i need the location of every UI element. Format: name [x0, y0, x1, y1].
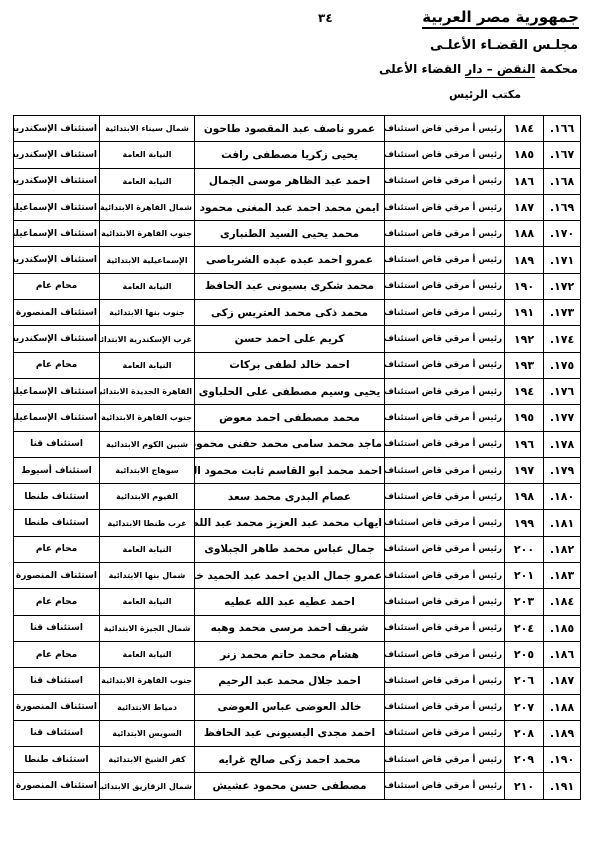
- judge-name-cell: هشام محمد حاتم محمد زنر: [195, 641, 385, 667]
- serial-number-cell: ١٧٠.: [544, 221, 581, 247]
- table-row: ١٦٨. ١٨٦ رئيس أ مرقي قاض استئناف احمد عب…: [14, 168, 581, 194]
- current-court-cell: سوهاج الابتدائية: [100, 457, 195, 483]
- current-court-cell: الفيوم الابتدائية: [100, 484, 195, 510]
- table-row: ١٧٥. ١٩٣ رئيس أ مرقي قاض استئناف احمد خا…: [14, 352, 581, 378]
- serial-number-cell: ١٩١.: [544, 773, 581, 800]
- table-row: ١٨٢. ٢٠٠ رئيس أ مرقي قاض استئناف جمال عب…: [14, 536, 581, 562]
- current-court-cell: النيابة العامة: [100, 536, 195, 562]
- judicial-title-cell: رئيس أ مرقي قاض استئناف: [385, 536, 505, 562]
- table-row: ١٧٤. ١٩٢ رئيس أ مرقي قاض استئناف كريم عل…: [14, 326, 581, 352]
- president-office-title: مكتب الرئيس: [430, 88, 540, 101]
- judicial-title-cell: رئيس أ مرقي قاض استئناف: [385, 300, 505, 326]
- seniority-number-cell: ٢٠٦: [505, 668, 544, 694]
- seniority-number-cell: ٢٠٥: [505, 641, 544, 667]
- judicial-title-cell: رئيس أ مرقي قاض استئناف: [385, 457, 505, 483]
- serial-number-cell: ١٨٨.: [544, 694, 581, 720]
- current-court-cell: شمال سيناء الابتدائية: [100, 116, 195, 142]
- judge-name-cell: ايهاب محمد عبد العزيز محمد عبد اللطيف: [195, 510, 385, 536]
- table-row: ١٧٠. ١٨٨ رئيس أ مرقي قاض استئناف محمد يح…: [14, 221, 581, 247]
- judicial-title-cell: رئيس أ مرقي قاض استئناف: [385, 194, 505, 220]
- appeal-court-cell: استئناف الإسكندرية منتدب: [14, 116, 100, 142]
- current-court-cell: غرب طنطا الابتدائية: [100, 510, 195, 536]
- seniority-number-cell: ٢٠٩: [505, 747, 544, 773]
- serial-number-cell: ١٩٠.: [544, 747, 581, 773]
- appeal-court-cell: محام عام: [14, 352, 100, 378]
- current-court-cell: النيابة العامة: [100, 273, 195, 299]
- judge-name-cell: عمرو احمد عبده عبده الشرباصى: [195, 247, 385, 273]
- judge-name-cell: عمرو جمال الدين احمد عبد الحميد خضر: [195, 563, 385, 589]
- serial-number-cell: ١٦٨.: [544, 168, 581, 194]
- current-court-cell: شمال الزقازيق الابتدائية: [100, 773, 195, 800]
- judge-name-cell: احمد جلال محمد عبد الرحيم: [195, 668, 385, 694]
- table-row: ١٦٦. ١٨٤ رئيس أ مرقي قاض استئناف عمرو نا…: [14, 116, 581, 142]
- judicial-title-cell: رئيس أ مرقي قاض استئناف: [385, 378, 505, 404]
- judicial-title-cell: رئيس أ مرقي قاض استئناف: [385, 720, 505, 746]
- seniority-number-cell: ٢٠٣: [505, 589, 544, 615]
- current-court-cell: النيابة العامة: [100, 641, 195, 667]
- appeal-court-cell: محام عام: [14, 273, 100, 299]
- seniority-number-cell: ١٨٦: [505, 168, 544, 194]
- judge-name-cell: خالد العوضى عباس العوضى: [195, 694, 385, 720]
- judge-name-cell: جمال عباس محمد طاهر الجبلاوى: [195, 536, 385, 562]
- judge-name-cell: احمد عطيه عبد الله عطيه: [195, 589, 385, 615]
- judges-table: ١٦٦. ١٨٤ رئيس أ مرقي قاض استئناف عمرو نا…: [13, 115, 581, 800]
- current-court-cell: جنوب القاهرة الابتدائية: [100, 221, 195, 247]
- appeal-court-cell: استئناف الإسكندرية: [14, 168, 100, 194]
- appeal-court-cell: استئناف الإسماعيلية: [14, 378, 100, 404]
- document-page: جمهورية مصر العربية ٣٤ مجلـس القضـاء الأ…: [0, 0, 595, 842]
- court-title-underlined: النقض – دار: [465, 62, 535, 78]
- serial-number-cell: ١٨٦.: [544, 641, 581, 667]
- judge-name-cell: احمد مجدى البسيونى عبد الحافظ: [195, 720, 385, 746]
- seniority-number-cell: ٢٠٤: [505, 615, 544, 641]
- table-row: ١٧٢. ١٩٠ رئيس أ مرقي قاض استئناف محمد شك…: [14, 273, 581, 299]
- judicial-title-cell: رئيس أ مرقي قاض استئناف: [385, 694, 505, 720]
- judicial-title-cell: رئيس أ مرقي قاض استئناف: [385, 773, 505, 800]
- table-row: ١٦٧. ١٨٥ رئيس أ مرقي قاض استئناف يحيى زك…: [14, 142, 581, 168]
- seniority-number-cell: ٢٠١: [505, 563, 544, 589]
- seniority-number-cell: ١٨٨: [505, 221, 544, 247]
- judicial-title-cell: رئيس أ مرقي قاض استئناف: [385, 116, 505, 142]
- current-court-cell: شبين الكوم الابتدائية: [100, 431, 195, 457]
- judge-name-cell: احمد محمد ابو القاسم ثابت محمود الشريف: [195, 457, 385, 483]
- current-court-cell: النيابة العامة: [100, 168, 195, 194]
- judge-name-cell: محمد احمد زكى صالح غرايه: [195, 747, 385, 773]
- seniority-number-cell: ١٩٧: [505, 457, 544, 483]
- table-row: ١٧٨. ١٩٦ رئيس أ مرقي قاض استئناف ماجد مح…: [14, 431, 581, 457]
- appeal-court-cell: استئناف طنطا: [14, 484, 100, 510]
- appeal-court-cell: محام عام: [14, 536, 100, 562]
- seniority-number-cell: ١٨٤: [505, 116, 544, 142]
- judicial-title-cell: رئيس أ مرقي قاض استئناف: [385, 563, 505, 589]
- current-court-cell: النيابة العامة: [100, 142, 195, 168]
- appeal-court-cell: استئناف الإسماعيلية: [14, 194, 100, 220]
- page-number: ٣٤: [318, 11, 333, 25]
- judicial-title-cell: رئيس أ مرقي قاض استئناف: [385, 510, 505, 536]
- table-row: ١٩٠. ٢٠٩ رئيس أ مرقي قاض استئناف محمد اح…: [14, 747, 581, 773]
- appeal-court-cell: استئناف الإسماعيلية: [14, 405, 100, 431]
- serial-number-cell: ١٨٢.: [544, 536, 581, 562]
- judicial-title-cell: رئيس أ مرقي قاض استئناف: [385, 168, 505, 194]
- serial-number-cell: ١٨٧.: [544, 668, 581, 694]
- table-row: ١٨٨. ٢٠٧ رئيس أ مرقي قاض استئناف خالد ال…: [14, 694, 581, 720]
- serial-number-cell: ١٧١.: [544, 247, 581, 273]
- seniority-number-cell: ١٩٠: [505, 273, 544, 299]
- judicial-title-cell: رئيس أ مرقي قاض استئناف: [385, 641, 505, 667]
- judicial-title-cell: رئيس أ مرقي قاض استئناف: [385, 589, 505, 615]
- judge-name-cell: ايمن محمد احمد عبد المغنى محمود: [195, 194, 385, 220]
- table-row: ١٧٧. ١٩٥ رئيس أ مرقي قاض استئناف محمد مص…: [14, 405, 581, 431]
- seniority-number-cell: ١٩٨: [505, 484, 544, 510]
- serial-number-cell: ١٧٥.: [544, 352, 581, 378]
- seniority-number-cell: ١٨٥: [505, 142, 544, 168]
- judge-name-cell: ماجد محمد سامى محمد حفنى محمود: [195, 431, 385, 457]
- current-court-cell: جنوب بنها الابتدائية: [100, 300, 195, 326]
- judge-name-cell: محمد يحيى السيد الطنبارى: [195, 221, 385, 247]
- appeal-court-cell: استئناف طنطا: [14, 747, 100, 773]
- table-row: ١٧٦. ١٩٤ رئيس أ مرقي قاض استئناف يحيى وس…: [14, 378, 581, 404]
- court-title-suffix: القضاء الأعلى: [379, 62, 465, 76]
- judicial-title-cell: رئيس أ مرقي قاض استئناف: [385, 668, 505, 694]
- judge-name-cell: احمد عبد الظاهر موسى الجمال: [195, 168, 385, 194]
- appeal-court-cell: استئناف المنصورة: [14, 300, 100, 326]
- table-row: ١٧١. ١٨٩ رئيس أ مرقي قاض استئناف عمرو اح…: [14, 247, 581, 273]
- seniority-number-cell: ١٩٥: [505, 405, 544, 431]
- current-court-cell: شمال الجيزة الابتدائية: [100, 615, 195, 641]
- judicial-title-cell: رئيس أ مرقي قاض استئناف: [385, 352, 505, 378]
- serial-number-cell: ١٨٥.: [544, 615, 581, 641]
- table-row: ١٨٥. ٢٠٤ رئيس أ مرقي قاض استئناف شريف اح…: [14, 615, 581, 641]
- table-row: ١٧٣. ١٩١ رئيس أ مرقي قاض استئناف محمد ذك…: [14, 300, 581, 326]
- judge-name-cell: عصام البدرى محمد سعد: [195, 484, 385, 510]
- current-court-cell: جنوب القاهرة الابتدائية: [100, 405, 195, 431]
- serial-number-cell: ١٧٧.: [544, 405, 581, 431]
- current-court-cell: القاهرة الجديدة الابتدائية: [100, 378, 195, 404]
- current-court-cell: غرب الإسكندرية الابتدائية: [100, 326, 195, 352]
- current-court-cell: شمال بنها الابتدائية: [100, 563, 195, 589]
- judges-table-body: ١٦٦. ١٨٤ رئيس أ مرقي قاض استئناف عمرو نا…: [14, 116, 581, 800]
- serial-number-cell: ١٧٦.: [544, 378, 581, 404]
- table-row: ١٨٤. ٢٠٣ رئيس أ مرقي قاض استئناف احمد عط…: [14, 589, 581, 615]
- seniority-number-cell: ٢١٠: [505, 773, 544, 800]
- appeal-court-cell: استئناف المنصورة: [14, 563, 100, 589]
- table-row: ١٨٣. ٢٠١ رئيس أ مرقي قاض استئناف عمرو جم…: [14, 563, 581, 589]
- appeal-court-cell: استئناف قنا: [14, 431, 100, 457]
- current-court-cell: كفر الشيخ الابتدائية: [100, 747, 195, 773]
- appeal-court-cell: استئناف المنصورة: [14, 694, 100, 720]
- judicial-title-cell: رئيس أ مرقي قاض استئناف: [385, 326, 505, 352]
- appeal-court-cell: استئناف الإسكندرية: [14, 142, 100, 168]
- judge-name-cell: احمد خالد لطفى بركات: [195, 352, 385, 378]
- judge-name-cell: كريم على احمد حسن: [195, 326, 385, 352]
- judicial-title-cell: رئيس أ مرقي قاض استئناف: [385, 484, 505, 510]
- appeal-court-cell: استئناف قنا: [14, 615, 100, 641]
- serial-number-cell: ١٧٣.: [544, 300, 581, 326]
- current-court-cell: النيابة العامة: [100, 589, 195, 615]
- seniority-number-cell: ١٩٤: [505, 378, 544, 404]
- republic-of-egypt-logo: جمهورية مصر العربية: [422, 8, 579, 29]
- judicial-title-cell: رئيس أ مرقي قاض استئناف: [385, 221, 505, 247]
- judge-name-cell: محمد شكرى بسيونى عبد الحافظ: [195, 273, 385, 299]
- seniority-number-cell: ١٨٧: [505, 194, 544, 220]
- serial-number-cell: ١٦٧.: [544, 142, 581, 168]
- court-of-cassation-title: محكمة النقض – دار القضاء الأعلى: [379, 62, 578, 76]
- serial-number-cell: ١٧٢.: [544, 273, 581, 299]
- seniority-number-cell: ٢٠٠: [505, 536, 544, 562]
- judicial-title-cell: رئيس أ مرقي قاض استئناف: [385, 273, 505, 299]
- current-court-cell: السويس الابتدائية: [100, 720, 195, 746]
- judge-name-cell: مصطفى حسن محمود عشيش: [195, 773, 385, 800]
- table-row: ١٧٩. ١٩٧ رئيس أ مرقي قاض استئناف احمد مح…: [14, 457, 581, 483]
- appeal-court-cell: استئناف الإسماعيلية منتدب: [14, 221, 100, 247]
- appeal-court-cell: استئناف أسيوط: [14, 457, 100, 483]
- serial-number-cell: ١٦٦.: [544, 116, 581, 142]
- judge-name-cell: محمد ذكى محمد العتريس زكى: [195, 300, 385, 326]
- judge-name-cell: عمرو ناصف عبد المقصود طاحون: [195, 116, 385, 142]
- appeal-court-cell: استئناف طنطا: [14, 510, 100, 536]
- appeal-court-cell: استئناف الإسكندرية: [14, 326, 100, 352]
- appeal-court-cell: محام عام: [14, 641, 100, 667]
- judge-name-cell: يحيى وسيم مصطفى على الحلباوى: [195, 378, 385, 404]
- serial-number-cell: ١٨٩.: [544, 720, 581, 746]
- seniority-number-cell: ١٩٣: [505, 352, 544, 378]
- court-title-prefix: محكمة: [535, 62, 578, 76]
- appeal-court-cell: محام عام: [14, 589, 100, 615]
- seniority-number-cell: ١٩٦: [505, 431, 544, 457]
- seniority-number-cell: ٢٠٧: [505, 694, 544, 720]
- seniority-number-cell: ١٩٢: [505, 326, 544, 352]
- serial-number-cell: ١٧٩.: [544, 457, 581, 483]
- seniority-number-cell: ١٩٩: [505, 510, 544, 536]
- table-row: ١٨٧. ٢٠٦ رئيس أ مرقي قاض استئناف احمد جل…: [14, 668, 581, 694]
- table-row: ١٨٠. ١٩٨ رئيس أ مرقي قاض استئناف عصام ال…: [14, 484, 581, 510]
- seniority-number-cell: ٢٠٨: [505, 720, 544, 746]
- serial-number-cell: ١٨١.: [544, 510, 581, 536]
- appeal-court-cell: استئناف قنا: [14, 720, 100, 746]
- judge-name-cell: محمد مصطفى احمد معوض: [195, 405, 385, 431]
- current-court-cell: شمال القاهرة الابتدائية: [100, 194, 195, 220]
- judicial-title-cell: رئيس أ مرقي قاض استئناف: [385, 747, 505, 773]
- judge-name-cell: يحيى زكريا مصطفى رافت: [195, 142, 385, 168]
- judicial-title-cell: رئيس أ مرقي قاض استئناف: [385, 142, 505, 168]
- serial-number-cell: ١٧٨.: [544, 431, 581, 457]
- serial-number-cell: ١٦٩.: [544, 194, 581, 220]
- serial-number-cell: ١٧٤.: [544, 326, 581, 352]
- appeal-court-cell: استئناف الإسكندرية: [14, 247, 100, 273]
- current-court-cell: النيابة العامة: [100, 352, 195, 378]
- current-court-cell: دمياط الابتدائية: [100, 694, 195, 720]
- serial-number-cell: ١٨٠.: [544, 484, 581, 510]
- table-row: ١٨١. ١٩٩ رئيس أ مرقي قاض استئناف ايهاب م…: [14, 510, 581, 536]
- judicial-title-cell: رئيس أ مرقي قاض استئناف: [385, 431, 505, 457]
- current-court-cell: جنوب القاهرة الابتدائية: [100, 668, 195, 694]
- appeal-court-cell: استئناف المنصورة: [14, 773, 100, 800]
- seniority-number-cell: ١٨٩: [505, 247, 544, 273]
- serial-number-cell: ١٨٣.: [544, 563, 581, 589]
- table-row: ١٨٩. ٢٠٨ رئيس أ مرقي قاض استئناف احمد مج…: [14, 720, 581, 746]
- judge-name-cell: شريف احمد مرسى محمد وهبه: [195, 615, 385, 641]
- supreme-judicial-council-title: مجلـس القضـاء الأعلـى: [430, 38, 578, 53]
- judicial-title-cell: رئيس أ مرقي قاض استئناف: [385, 247, 505, 273]
- judicial-title-cell: رئيس أ مرقي قاض استئناف: [385, 405, 505, 431]
- seniority-number-cell: ١٩١: [505, 300, 544, 326]
- table-row: ١٨٦. ٢٠٥ رئيس أ مرقي قاض استئناف هشام مح…: [14, 641, 581, 667]
- table-row: ١٩١. ٢١٠ رئيس أ مرقي قاض استئناف مصطفى ح…: [14, 773, 581, 800]
- current-court-cell: الإسماعيلية الابتدائية: [100, 247, 195, 273]
- appeal-court-cell: استئناف قنا: [14, 668, 100, 694]
- judicial-title-cell: رئيس أ مرقي قاض استئناف: [385, 615, 505, 641]
- table-row: ١٦٩. ١٨٧ رئيس أ مرقي قاض استئناف ايمن مح…: [14, 194, 581, 220]
- serial-number-cell: ١٨٤.: [544, 589, 581, 615]
